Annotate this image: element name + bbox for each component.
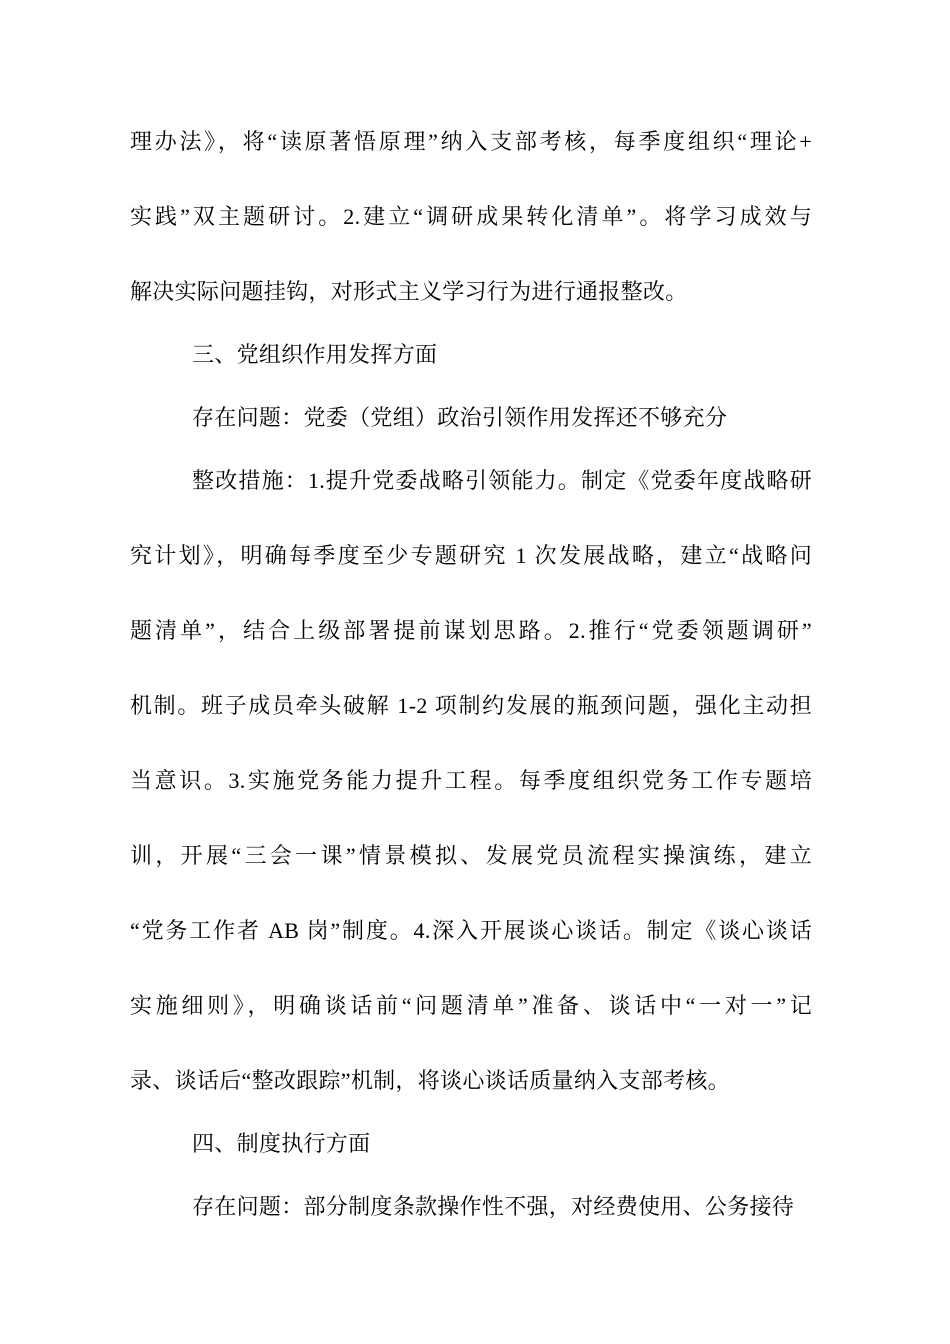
text-line: “党务工作者 AB 岗”制度。4.深入开展谈心谈话。制定《谈心谈话: [130, 893, 812, 968]
text-line: 存在问题：部分制度条款操作性不强，对经费使用、公务接待: [130, 1169, 812, 1244]
text-line: 当意识。3.实施党务能力提升工程。每季度组织党务工作专题培: [130, 743, 812, 818]
text-line: 实施细则》，明确谈话前“问题清单”准备、谈话中“一对一”记: [130, 968, 812, 1043]
text-line: 理办法》，将“读原著悟原理”纳入支部考核，每季度组织“理论+: [130, 104, 812, 179]
text-line: 机制。班子成员牵头破解 1-2 项制约发展的瓶颈问题，强化主动担: [130, 668, 812, 743]
text-line: 整改措施：1.提升党委战略引领能力。制定《党委年度战略研: [130, 443, 812, 518]
text-line: 究计划》，明确每季度至少专题研究 1 次发展战略，建立“战略问: [130, 518, 812, 593]
text-line: 实践”双主题研讨。2.建立“调研成果转化清单”。将学习成效与: [130, 179, 812, 254]
paragraph: 整改措施：1.提升党委战略引领能力。制定《党委年度战略研究计划》，明确每季度至少…: [130, 443, 812, 1118]
paragraph: 理办法》，将“读原著悟原理”纳入支部考核，每季度组织“理论+实践”双主题研讨。2…: [130, 104, 812, 329]
text-line: 训，开展“三会一课”情景模拟、发展党员流程实操演练，建立: [130, 818, 812, 893]
paragraph: 存在问题：部分制度条款操作性不强，对经费使用、公务接待: [130, 1169, 812, 1244]
text-line: 题清单”，结合上级部署提前谋划思路。2.推行“党委领题调研”: [130, 593, 812, 668]
document-page: 理办法》，将“读原著悟原理”纳入支部考核，每季度组织“理论+实践”双主题研讨。2…: [0, 0, 950, 1344]
